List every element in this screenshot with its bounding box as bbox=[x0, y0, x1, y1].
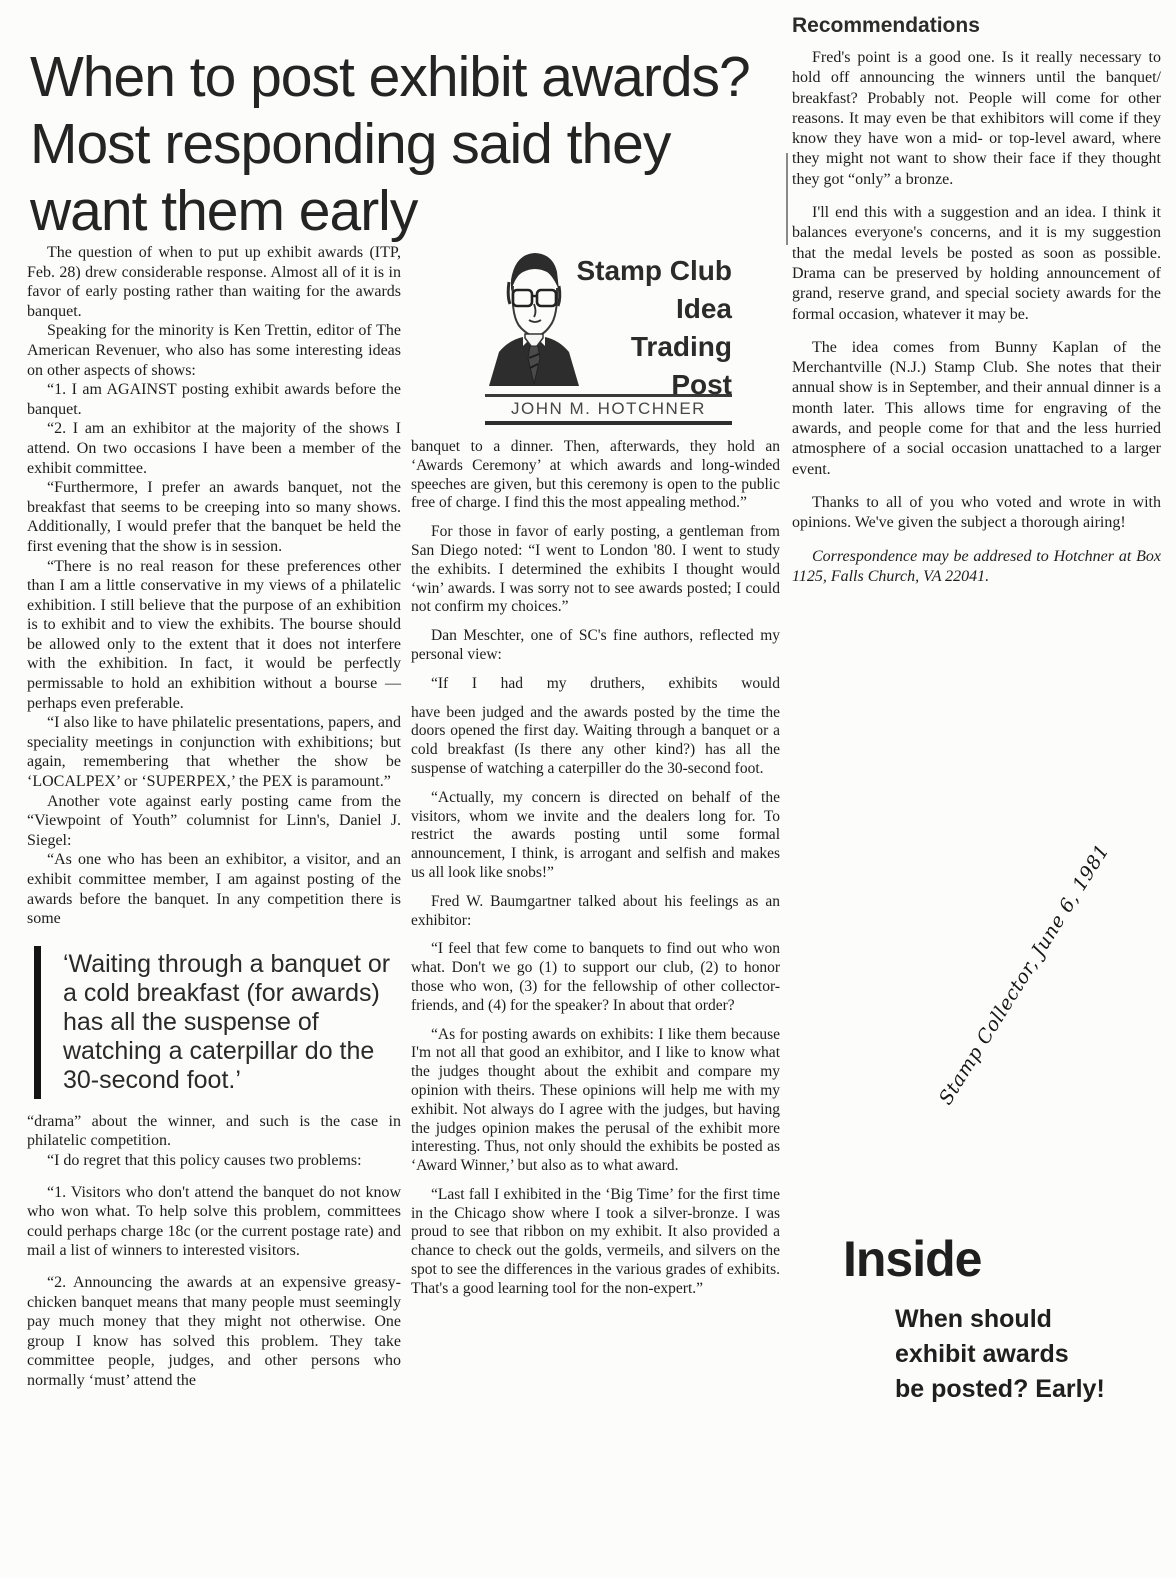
paragraph: “As for posting awards on exhibits: I li… bbox=[411, 1026, 780, 1176]
paragraph: “1. I am AGAINST posting exhibit awards … bbox=[27, 380, 401, 419]
paragraph: have been judged and the awards posted b… bbox=[411, 704, 780, 779]
paragraph: Dan Meschter, one of SC's fine authors, … bbox=[411, 627, 780, 665]
paragraph: The idea comes from Bunny Kaplan of the … bbox=[792, 338, 1161, 480]
middle-column: Stamp Club Idea Trading Post JOHN M. HOT… bbox=[411, 246, 780, 1309]
paragraph: Correspondence may be addresed to Hotchn… bbox=[792, 547, 1161, 588]
paragraph: “I feel that few come to banquets to fin… bbox=[411, 940, 780, 1015]
paragraph: “2. Announcing the awards at an expensiv… bbox=[27, 1273, 401, 1391]
byline-rule-top bbox=[485, 394, 732, 397]
publication-date-stamp: Stamp Collector, June 6, 1981 bbox=[935, 840, 1114, 1108]
logo-title-line: Idea bbox=[576, 290, 732, 328]
byline-rule-bottom bbox=[485, 421, 732, 425]
paragraph: The question of when to put up exhibit a… bbox=[27, 243, 401, 321]
paragraph: “I do regret that this policy causes two… bbox=[27, 1151, 401, 1171]
paragraph: Thanks to all of you who voted and wrote… bbox=[792, 493, 1161, 534]
hotchner-portrait-illustration bbox=[487, 246, 581, 388]
paragraph: Another vote against early posting came … bbox=[27, 792, 401, 851]
paragraph: “There is no real reason for these prefe… bbox=[27, 557, 401, 714]
teaser-line: be posted? Early! bbox=[895, 1372, 1175, 1407]
left-column-text-bottom: “drama” about the winner, and such is th… bbox=[27, 1112, 401, 1391]
logo-title-line: Trading bbox=[576, 328, 732, 366]
paragraph: “As one who has been an exhibitor, a vis… bbox=[27, 850, 401, 928]
teaser-line: When should bbox=[895, 1302, 1175, 1337]
headline: When to post exhibit awards? Most respon… bbox=[30, 44, 778, 244]
right-column: Recommendations Fred's point is a good o… bbox=[792, 14, 1161, 600]
paragraph: “Furthermore, I prefer an awards banquet… bbox=[27, 478, 401, 556]
middle-column-text: banquet to a dinner. Then, afterwards, t… bbox=[411, 438, 780, 1299]
paragraph: I'll end this with a suggestion and an i… bbox=[792, 203, 1161, 325]
paragraph: “drama” about the winner, and such is th… bbox=[27, 1112, 401, 1151]
recommendations-heading: Recommendations bbox=[792, 14, 1161, 38]
left-column: The question of when to put up exhibit a… bbox=[27, 243, 401, 1391]
logo-title-line: Stamp Club bbox=[576, 252, 732, 290]
right-column-text: Fred's point is a good one. Is it really… bbox=[792, 48, 1161, 587]
paragraph: Fred W. Baumgartner talked about his fee… bbox=[411, 893, 780, 931]
paragraph: “2. I am an exhibitor at the majority of… bbox=[27, 419, 401, 478]
pull-quote: ‘Waiting through a banquet or a cold bre… bbox=[34, 946, 399, 1099]
paragraph: “If I had my druthers, exhibits would bbox=[411, 675, 780, 694]
left-column-text-top: The question of when to put up exhibit a… bbox=[27, 243, 401, 929]
stamp-club-logo: Stamp Club Idea Trading Post JOHN M. HOT… bbox=[411, 246, 780, 434]
paragraph: “1. Visitors who don't attend the banque… bbox=[27, 1183, 401, 1261]
paragraph: Speaking for the minority is Ken Trettin… bbox=[27, 321, 401, 380]
inside-title: Inside bbox=[843, 1230, 981, 1288]
paragraph: “Last fall I exhibited in the ‘Big Time’… bbox=[411, 1186, 780, 1299]
inside-teaser: When should exhibit awards be posted? Ea… bbox=[895, 1302, 1175, 1407]
paragraph: For those in favor of early posting, a g… bbox=[411, 523, 780, 617]
byline: JOHN M. HOTCHNER bbox=[485, 399, 732, 419]
paragraph: banquet to a dinner. Then, afterwards, t… bbox=[411, 438, 780, 513]
paragraph: “Actually, my concern is directed on beh… bbox=[411, 789, 780, 883]
paragraph: Fred's point is a good one. Is it really… bbox=[792, 48, 1161, 190]
logo-title: Stamp Club Idea Trading Post bbox=[576, 252, 732, 404]
paragraph: “I also like to have philatelic presenta… bbox=[27, 713, 401, 791]
teaser-line: exhibit awards bbox=[895, 1337, 1175, 1372]
column-rule bbox=[786, 153, 788, 245]
